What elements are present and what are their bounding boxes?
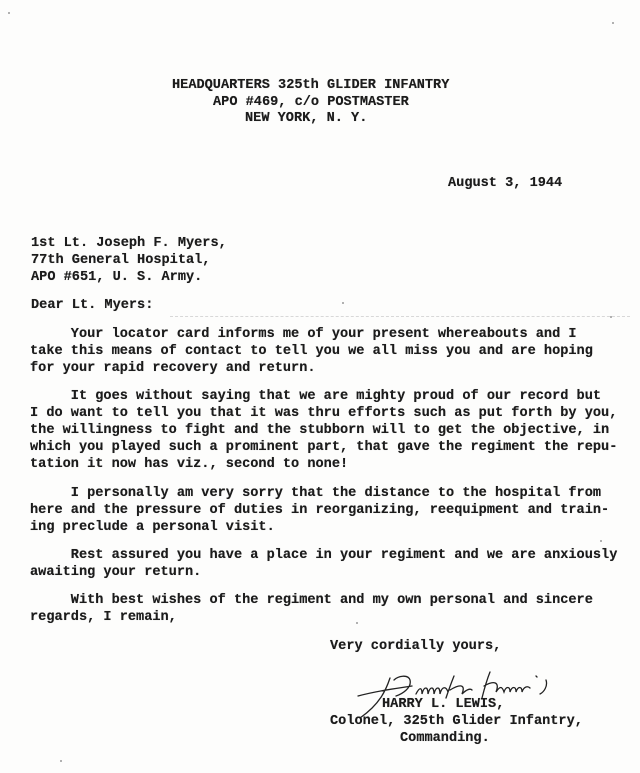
signer-title: Colonel, 325th Glider Infantry, <box>330 714 583 730</box>
paragraph-4-line-2: awaiting your return. <box>30 565 201 581</box>
recipient-line-1: 1st Lt. Joseph F. Myers, <box>31 236 227 252</box>
paragraph-1-line-1: Your locator card informs me of your pre… <box>30 327 577 343</box>
salutation: Dear Lt. Myers: <box>31 298 153 314</box>
letterhead-line-2: APO #469, c/o POSTMASTER <box>213 95 409 111</box>
paragraph-1-line-2: take this means of contact to tell you w… <box>30 344 593 360</box>
letter-page: HEADQUARTERS 325th GLIDER INFANTRY APO #… <box>0 0 640 773</box>
closing: Very cordially yours, <box>330 639 501 655</box>
paragraph-5-line-1: With best wishes of the regiment and my … <box>30 593 593 609</box>
scan-speck <box>342 302 344 304</box>
paragraph-2-line-3: the willingness to fight and the stubbor… <box>30 423 609 439</box>
signer-role: Commanding. <box>400 731 490 747</box>
paragraph-3-line-2: here and the pressure of duties in reorg… <box>30 503 609 519</box>
scan-speck <box>612 22 614 24</box>
recipient-line-3: APO #651, U. S. Army. <box>31 270 202 286</box>
scan-speck <box>60 760 62 762</box>
signer-name: HARRY L. LEWIS, <box>382 697 504 713</box>
scan-artifact-line <box>170 316 630 318</box>
letterhead-line-1: HEADQUARTERS 325th GLIDER INFANTRY <box>172 78 449 94</box>
paragraph-2-line-1: It goes without saying that we are might… <box>30 389 601 405</box>
scan-speck <box>610 316 612 318</box>
paragraph-2-line-4: which you played such a prominent part, … <box>30 440 617 456</box>
paragraph-2-line-5: tation it now has viz., second to none! <box>30 457 348 473</box>
letter-date: August 3, 1944 <box>448 176 562 192</box>
paragraph-3-line-1: I personally am very sorry that the dist… <box>30 486 601 502</box>
paragraph-3-line-3: ing preclude a personal visit. <box>30 520 275 536</box>
paragraph-1-line-3: for your rapid recovery and return. <box>30 361 316 377</box>
letterhead-line-3: NEW YORK, N. Y. <box>245 111 367 127</box>
scan-speck <box>356 622 358 624</box>
paragraph-5-line-2: regards, I remain, <box>30 610 177 626</box>
paragraph-2-line-2: I do want to tell you that it was thru e… <box>30 406 617 422</box>
scan-speck <box>8 12 10 14</box>
scan-speck <box>600 540 602 542</box>
recipient-line-2: 77th General Hospital, <box>31 253 210 269</box>
paragraph-4-line-1: Rest assured you have a place in your re… <box>30 548 617 564</box>
